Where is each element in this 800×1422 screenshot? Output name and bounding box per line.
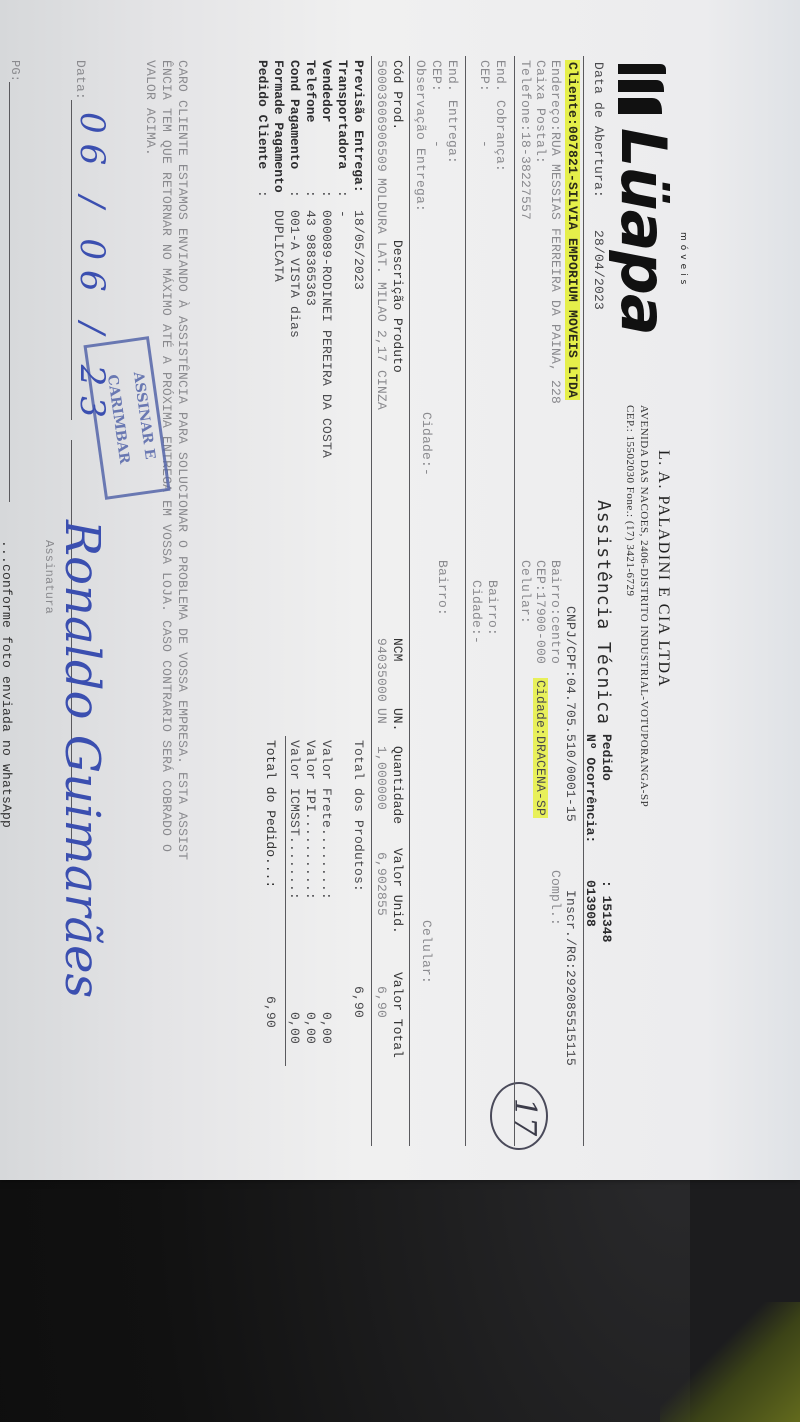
divider: [285, 736, 286, 1066]
cond-pagamento-label: Cond Pagamento: [287, 60, 302, 169]
ocorrencia-value: 013908: [583, 880, 598, 927]
notice-line-3: VALOR ACIMA.: [143, 60, 158, 156]
company-address: AVENIDA DAS NACOES, 2406-DISTRITO INDUST…: [638, 405, 650, 807]
end-entrega-label: End. Entrega:: [445, 60, 460, 164]
cobranca-bairro: Bairro:: [485, 580, 500, 636]
celular-field: Celular:: [518, 560, 533, 624]
entrega-bairro: Bairro:: [435, 560, 450, 616]
col-quantidade: Quantidade: [390, 746, 405, 824]
compl-field: Compl.:: [548, 870, 563, 926]
circled-number: 17: [507, 1098, 542, 1136]
entrega-cep-label: CEP:: [429, 60, 444, 92]
table-row-un: UN: [374, 708, 389, 724]
inscr-field: Inscr./RG:292085515115: [563, 890, 578, 1066]
table-row-desc: MOLDURA LAT. MILAO 2,17 CINZA: [374, 178, 389, 410]
endereco-field: Endereço:RUA MESSIAS FERREIRA DA PAINA, …: [548, 60, 563, 404]
colon: :: [303, 190, 318, 198]
valor-icmsst-value: 0,00: [287, 1012, 302, 1044]
bairro-field: Bairro:centro: [548, 560, 563, 664]
colon: :: [335, 190, 350, 198]
cep-field: CEP:17900-000: [533, 560, 548, 664]
handwritten-signature: Ronaldo Guimarães: [54, 520, 110, 998]
forma-pagamento-label: Formade Pagamento: [271, 60, 286, 193]
entrega-celular: Celular:: [419, 920, 434, 984]
valor-frete-label: Valor Frete........:: [319, 740, 334, 900]
col-valor-unid: Valor Unid.: [390, 848, 405, 934]
company-name: L. A. PALADINI E CIA LTDA: [654, 450, 672, 688]
previsao-label: Previsão Entrega:: [351, 60, 366, 193]
transportadora-value: -: [335, 210, 350, 218]
table-row-ncm: 94035000: [374, 638, 389, 702]
logo-subtitle: móveis: [678, 232, 688, 288]
divider: [465, 56, 466, 1146]
entrega-cidade: Cidade:-: [419, 412, 434, 476]
rotated-document: Lüapa móveis L. A. PALADINI E CIA LTDA A…: [0, 0, 800, 1422]
previsao-value: 18/05/2023: [351, 210, 366, 290]
handwritten-date: 06 / 06 / 23: [72, 112, 112, 428]
table-row-unit: 6,902855: [374, 852, 389, 916]
col-ncm: NCM: [390, 638, 405, 661]
cliente-field: Cliente:007821-SILVIA EMPORIUM MOVEIS LT…: [565, 60, 580, 400]
divider: [371, 56, 372, 1146]
cidade-field: Cidade:DRACENA-SP: [533, 678, 548, 818]
colon: :: [319, 190, 334, 198]
total-produtos-label: Total dos Produtos:: [351, 740, 366, 892]
paper-sheet: Lüapa móveis L. A. PALADINI E CIA LTDA A…: [0, 0, 800, 1180]
col-descricao: Descrição Produto: [390, 240, 405, 373]
pg-label: PG:: [8, 60, 22, 82]
pedido-label: Pedido: [599, 734, 614, 781]
caixa-postal-field: Caixa Postal:: [533, 60, 548, 164]
luapa-logo-icon: [614, 60, 670, 124]
document-title: Assistência Técnica: [593, 500, 614, 725]
data-abertura-label: Data de Abertura:: [591, 62, 606, 198]
divider: [409, 56, 410, 1146]
cobranca-cep-value: -: [477, 140, 492, 148]
col-valor-total: Valor Total: [390, 972, 405, 1058]
pg-line: [9, 82, 10, 502]
total-produtos-value: 6,90: [351, 986, 366, 1018]
logo-text: Lüapa: [607, 128, 680, 335]
valor-frete-value: 0,00: [319, 1012, 334, 1044]
valor-ipi-label: Valor IPI..........:: [303, 740, 318, 900]
observacao-entrega: Observação Entrega:: [413, 60, 428, 212]
col-cod-prod: Cód Prod.: [390, 60, 405, 130]
total-pedido-value: 6,90: [263, 996, 278, 1028]
ocorrencia-label: Nº Ocorrência:: [583, 734, 598, 843]
table-row-cod: 50003606906509: [374, 60, 389, 172]
total-pedido-label: Total do Pedido...:: [263, 740, 278, 888]
cobranca-cidade: Cidade:-: [469, 580, 484, 644]
end-cobranca-label: End. Cobrança:: [493, 60, 508, 172]
data-abertura-value: 28/04/2023: [591, 230, 606, 310]
col-un: UN.: [390, 708, 405, 731]
forma-pagamento-value: DUPLICATA: [271, 210, 286, 282]
colon: :: [255, 190, 270, 198]
transportadora-label: Transportadora: [335, 60, 350, 169]
pedido-value: : 151348: [599, 880, 614, 942]
entrega-cep-value: -: [429, 140, 444, 148]
cobranca-cep-label: CEP:: [477, 60, 492, 92]
company-contact: CEP.: 15502030 Fone.: (17) 3421-6729: [624, 405, 636, 597]
pedido-cliente-label: Pedido Cliente: [255, 60, 270, 169]
vendedor-value: 000089-RODINEI PEREIRA DA COSTA: [319, 210, 334, 458]
notice-line-1: CARO CLIENTE ESTAMOS ENVIANDO À ASSISTÊN…: [175, 60, 190, 860]
valor-ipi-value: 0,00: [303, 1012, 318, 1044]
table-row-qtd: 1,000000: [374, 746, 389, 810]
divider: [514, 56, 515, 1146]
colon: :: [287, 190, 302, 198]
data-label: Data:: [73, 60, 88, 100]
vendedor-label: Vendedor: [319, 60, 334, 122]
valor-icmsst-label: Valor ICMSST.......:: [287, 740, 302, 900]
table-row-total: 6,90: [374, 986, 389, 1018]
telefone-vendedor-label: Telefone: [303, 60, 318, 122]
telefone-vendedor-value: 43 988365363: [303, 210, 318, 306]
handwritten-note: ...conforme foto enviada no whatsApp: [0, 540, 14, 828]
telefone-field: Telefone:18-38227557: [518, 60, 533, 220]
cond-pagamento-value: 001-A VISTA dias: [287, 210, 302, 338]
divider: [583, 56, 584, 1146]
cnpj-field: CNPJ/CPF:04.705.510/0001-15: [563, 606, 578, 822]
